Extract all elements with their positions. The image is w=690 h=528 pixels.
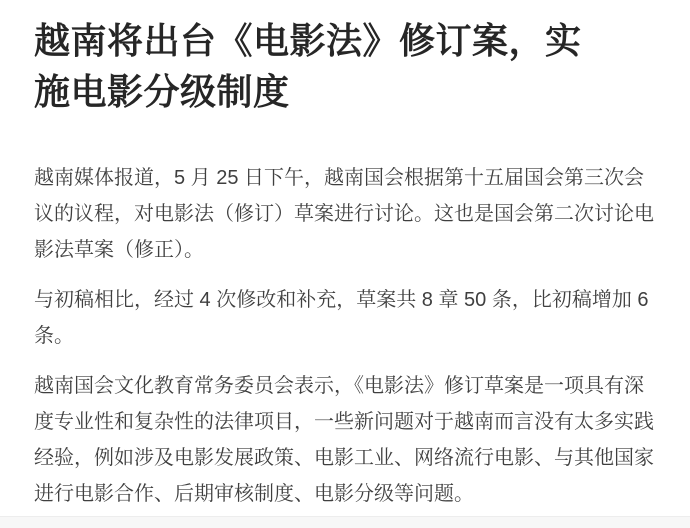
article-paragraph-2: 与初稿相比，经过 4 次修改和补充，草案共 8 章 50 条，比初稿增加 6 条… (34, 282, 656, 354)
article-paragraph-3: 越南国会文化教育常务委员会表示，《电影法》修订草案是一项具有深度专业性和复杂性的… (34, 368, 656, 512)
bottom-divider (0, 516, 690, 528)
article-paragraph-1: 越南媒体报道，5 月 25 日下午，越南国会根据第十五届国会第三次会议的议程，对… (34, 160, 656, 268)
article-page: 越南将出台《电影法》修订案，实施电影分级制度 越南媒体报道，5 月 25 日下午… (0, 0, 690, 528)
article-title: 越南将出台《电影法》修订案，实施电影分级制度 (34, 16, 609, 118)
article-body: 越南媒体报道，5 月 25 日下午，越南国会根据第十五届国会第三次会议的议程，对… (34, 160, 656, 512)
